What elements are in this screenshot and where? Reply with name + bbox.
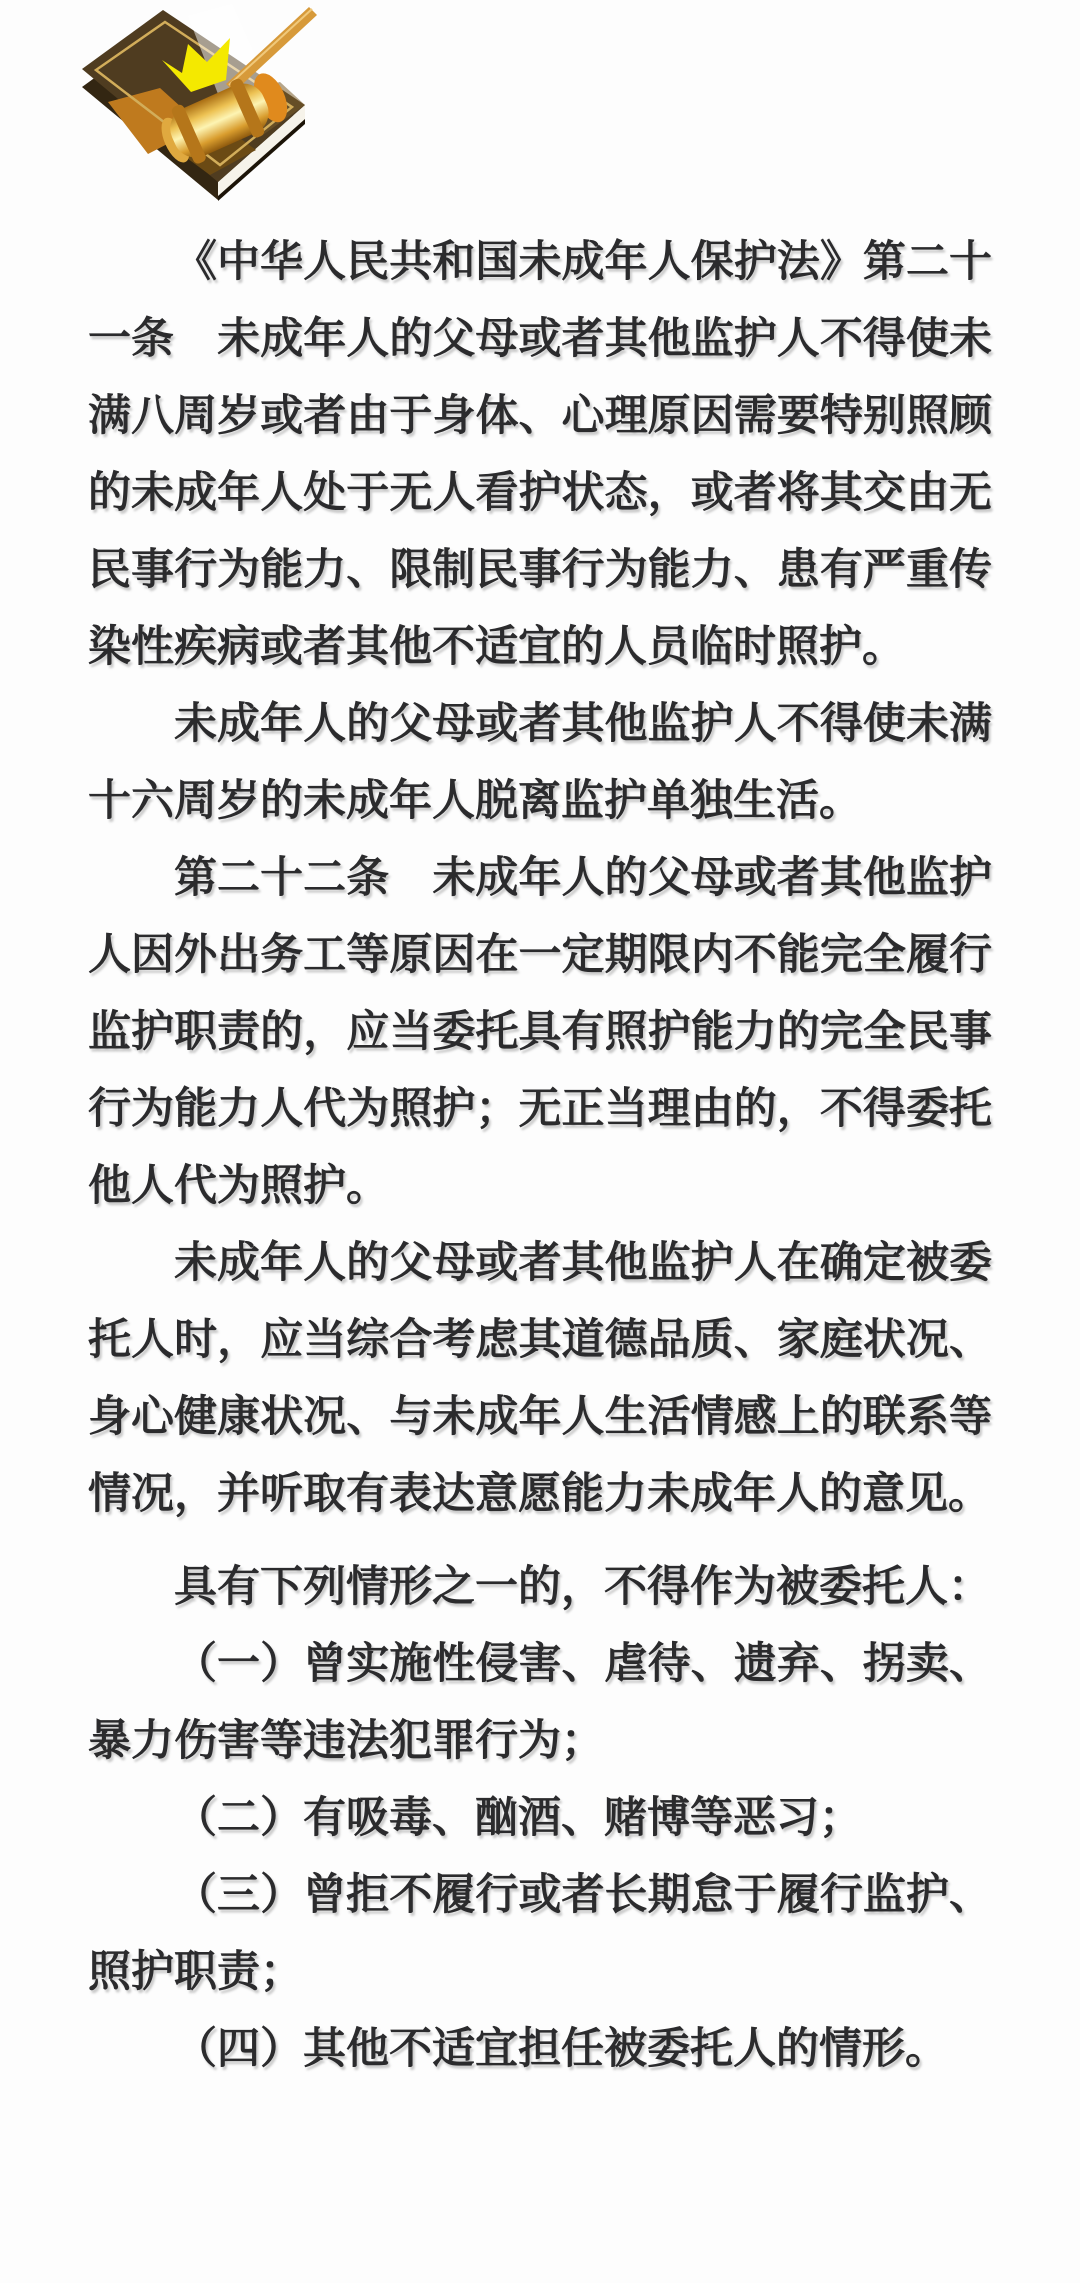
law-book-gavel-icon — [70, 2, 325, 212]
paragraph-article-22-clause-1: 第二十二条 未成年人的父母或者其他监护人因外出务工等原因在一定期限内不能完全履行… — [88, 840, 992, 1225]
list-item-3: （三）曾拒不履行或者长期怠于履行监护、照护职责； — [88, 1857, 992, 2011]
legal-text: 《中华人民共和国未成年人保护法》第二十一条 未成年人的父母或者其他监护人不得使未… — [0, 224, 1080, 2088]
list-item-4: （四）其他不适宜担任被委托人的情形。 — [88, 2011, 992, 2088]
list-item-2: （二）有吸毒、酗酒、赌博等恶习； — [88, 1780, 992, 1857]
paragraph-article-21-clause-2: 未成年人的父母或者其他监护人不得使未满十六周岁的未成年人脱离监护单独生活。 — [88, 686, 992, 840]
legal-article-page: 《中华人民共和国未成年人保护法》第二十一条 未成年人的父母或者其他监护人不得使未… — [0, 0, 1080, 2283]
list-item-1: （一）曾实施性侵害、虐待、遗弃、拐卖、暴力伤害等违法犯罪行为； — [88, 1626, 992, 1780]
paragraph-list-intro: 具有下列情形之一的，不得作为被委托人： — [88, 1549, 992, 1626]
paragraph-article-21-clause-1: 《中华人民共和国未成年人保护法》第二十一条 未成年人的父母或者其他监护人不得使未… — [88, 224, 992, 686]
paragraph-article-22-clause-2: 未成年人的父母或者其他监护人在确定被委托人时，应当综合考虑其道德品质、家庭状况、… — [88, 1225, 992, 1533]
law-book-gavel-graphic — [70, 2, 325, 212]
